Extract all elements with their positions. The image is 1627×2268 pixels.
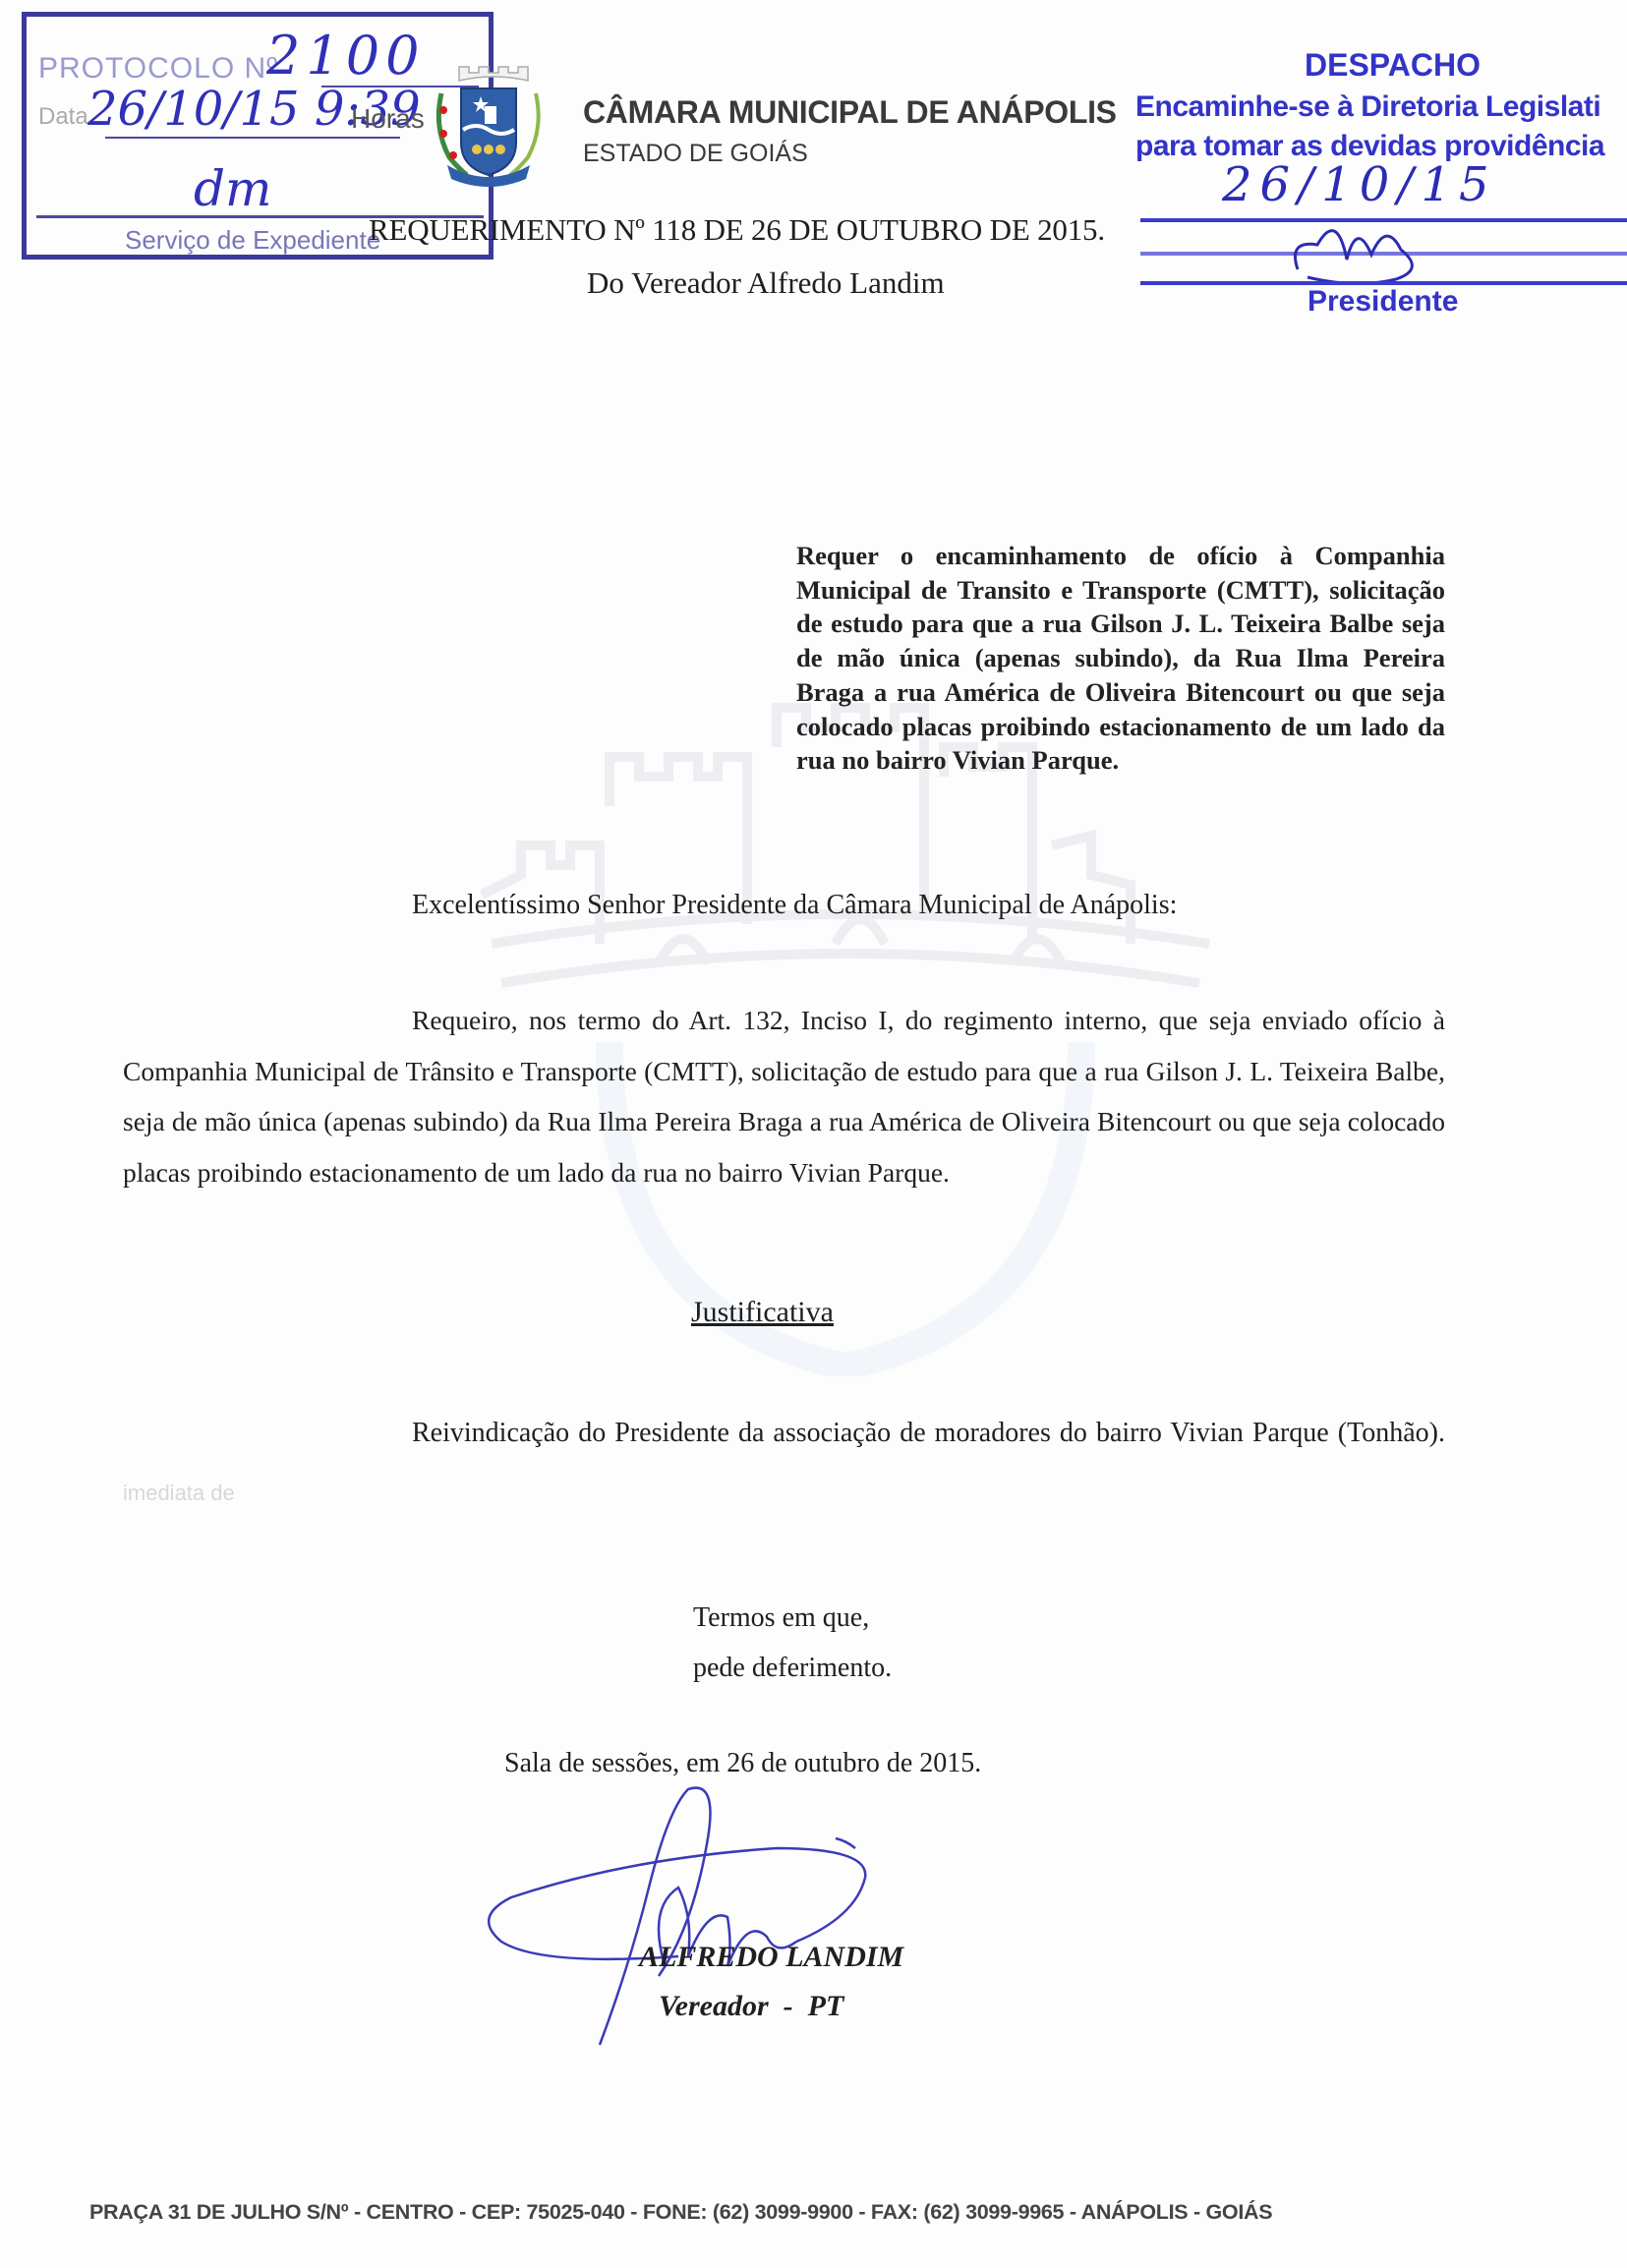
dispatch-line-1: Encaminhe-se à Diretoria Legislati bbox=[1135, 90, 1600, 124]
coat-of-arms-icon bbox=[420, 59, 557, 192]
date-label: Data bbox=[38, 103, 88, 130]
institution-title: CÂMARA MUNICIPAL DE ANÁPOLIS bbox=[583, 94, 1117, 131]
signer-role: Vereador - PT bbox=[659, 1990, 843, 2023]
requirement-title: REQUERIMENTO Nº 118 DE 26 DE OUTUBRO DE … bbox=[369, 212, 1105, 248]
closing-line-2: pede deferimento. bbox=[693, 1653, 892, 1684]
dispatch-stamp: DESPACHO Encaminhe-se à Diretoria Legisl… bbox=[1135, 43, 1627, 328]
time-label: Horas bbox=[351, 103, 425, 135]
institution-subtitle: ESTADO DE GOIÁS bbox=[583, 140, 808, 168]
salutation: Excelentíssimo Senhor Presidente da Câma… bbox=[412, 890, 1177, 921]
request-paragraph: Requeiro, nos termo do Art. 132, Inciso … bbox=[123, 995, 1445, 1197]
requirement-summary: Requer o encaminhamento de ofício à Comp… bbox=[796, 539, 1445, 778]
protocol-footer: Serviço de Expediente bbox=[125, 225, 380, 256]
author-line: Do Vereador Alfredo Landim bbox=[587, 265, 945, 301]
protocol-date: Data 26/10/15 9:39 bbox=[38, 103, 88, 131]
dispatch-title: DESPACHO bbox=[1305, 47, 1481, 84]
closing-line-1: Termos em que, bbox=[693, 1602, 869, 1634]
protocol-label-text: PROTOCOLO Nº bbox=[38, 52, 278, 85]
justification-paragraph: Reivindicação do Presidente da associaçã… bbox=[123, 1404, 1445, 1523]
justification-text: Reivindicação do Presidente da associaçã… bbox=[412, 1418, 1445, 1448]
dispatch-signature-icon bbox=[1278, 201, 1435, 289]
protocol-number: 2100 bbox=[266, 25, 425, 87]
ghost-text: imediata de bbox=[123, 1481, 235, 1505]
dispatch-signer: Presidente bbox=[1307, 285, 1458, 319]
protocol-label: PROTOCOLO Nº 2100 bbox=[38, 52, 278, 86]
footer-address: PRAÇA 31 DE JULHO S/Nº - CENTRO - CEP: 7… bbox=[89, 2200, 1272, 2225]
justification-heading: Justificativa bbox=[691, 1296, 834, 1329]
protocol-initials: dm bbox=[194, 160, 271, 217]
stamp-rule bbox=[105, 137, 400, 139]
signer-name: ALFREDO LANDIM bbox=[639, 1941, 903, 1974]
